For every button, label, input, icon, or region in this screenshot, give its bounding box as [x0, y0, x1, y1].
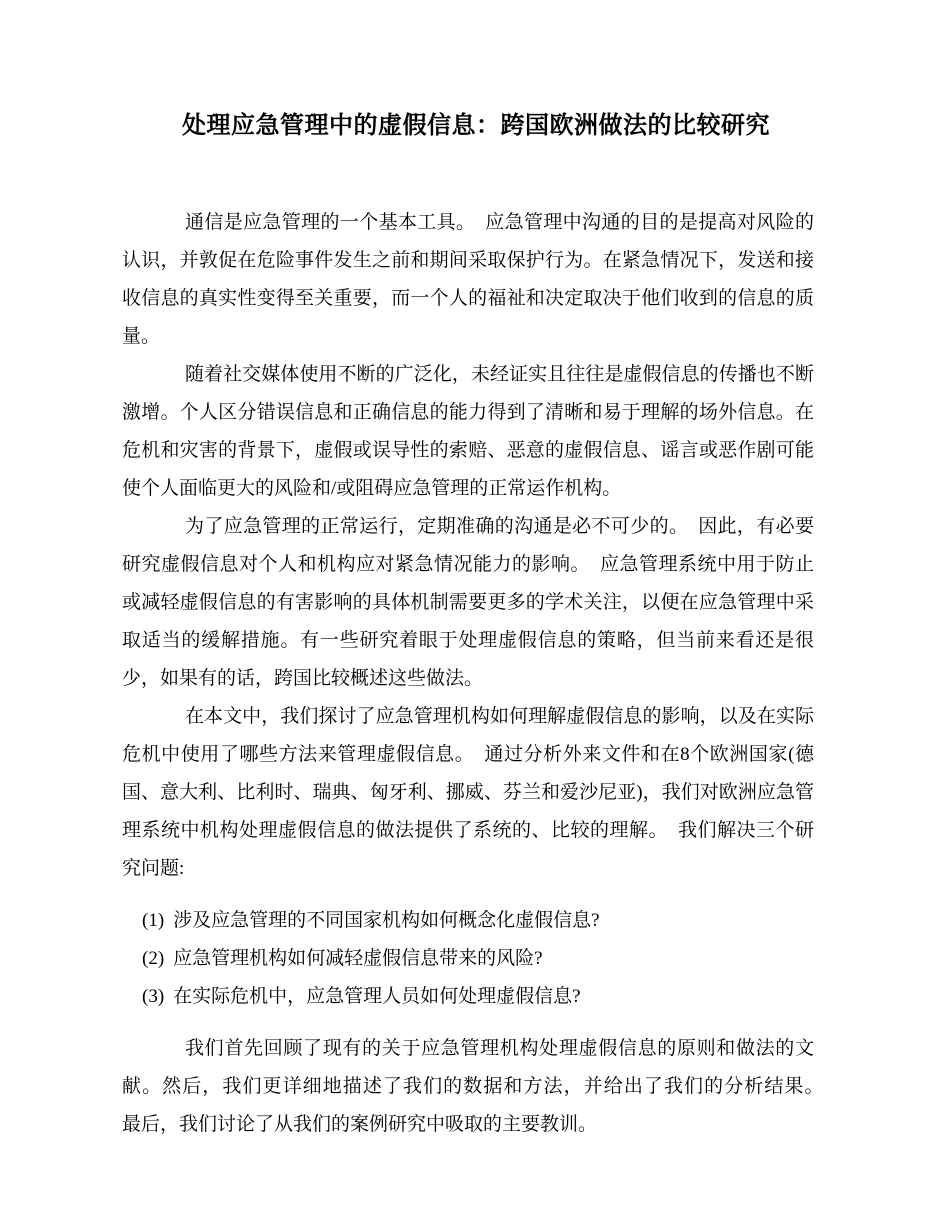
research-question-number: (2) [142, 940, 164, 978]
research-question-number: (3) [142, 978, 164, 1016]
paragraph-study-scope: 在本文中，我们探讨了应急管理机构如何理解虚假信息的影响，以及在实际危机中使用了哪… [122, 698, 814, 888]
research-question-item-3: (3)在实际危机中，应急管理人员如何处理虚假信息? [142, 978, 814, 1016]
paragraph-outline: 我们首先回顾了现有的关于应急管理机构处理虚假信息的原则和做法的文献。然后，我们更… [122, 1030, 814, 1144]
page-title: 处理应急管理中的虚假信息：跨国欧洲做法的比较研究 [0, 0, 952, 144]
document-body: 通信是应急管理的一个基本工具。 应急管理中沟通的目的是提高对风险的认识，并敦促在… [122, 204, 814, 1144]
research-question-text: 应急管理机构如何减轻虚假信息带来的风险? [173, 948, 542, 969]
research-question-text: 在实际危机中，应急管理人员如何处理虚假信息? [173, 986, 580, 1007]
research-question-list: (1)涉及应急管理的不同国家机构如何概念化虚假信息? (2)应急管理机构如何减轻… [122, 902, 814, 1016]
research-question-item-1: (1)涉及应急管理的不同国家机构如何概念化虚假信息? [142, 902, 814, 940]
paragraph-social-media: 随着社交媒体使用不断的广泛化，未经证实且往往是虚假信息的传播也不断激增。个人区分… [122, 356, 814, 508]
research-question-item-2: (2)应急管理机构如何减轻虚假信息带来的风险? [142, 940, 814, 978]
paragraph-research-need: 为了应急管理的正常运行，定期准确的沟通是必不可少的。 因此，有必要研究虚假信息对… [122, 508, 814, 698]
research-question-number: (1) [142, 902, 164, 940]
document-page: 处理应急管理中的虚假信息：跨国欧洲做法的比较研究 通信是应急管理的一个基本工具。… [0, 0, 952, 1232]
paragraph-intro-communication: 通信是应急管理的一个基本工具。 应急管理中沟通的目的是提高对风险的认识，并敦促在… [122, 204, 814, 356]
research-question-text: 涉及应急管理的不同国家机构如何概念化虚假信息? [173, 910, 599, 931]
